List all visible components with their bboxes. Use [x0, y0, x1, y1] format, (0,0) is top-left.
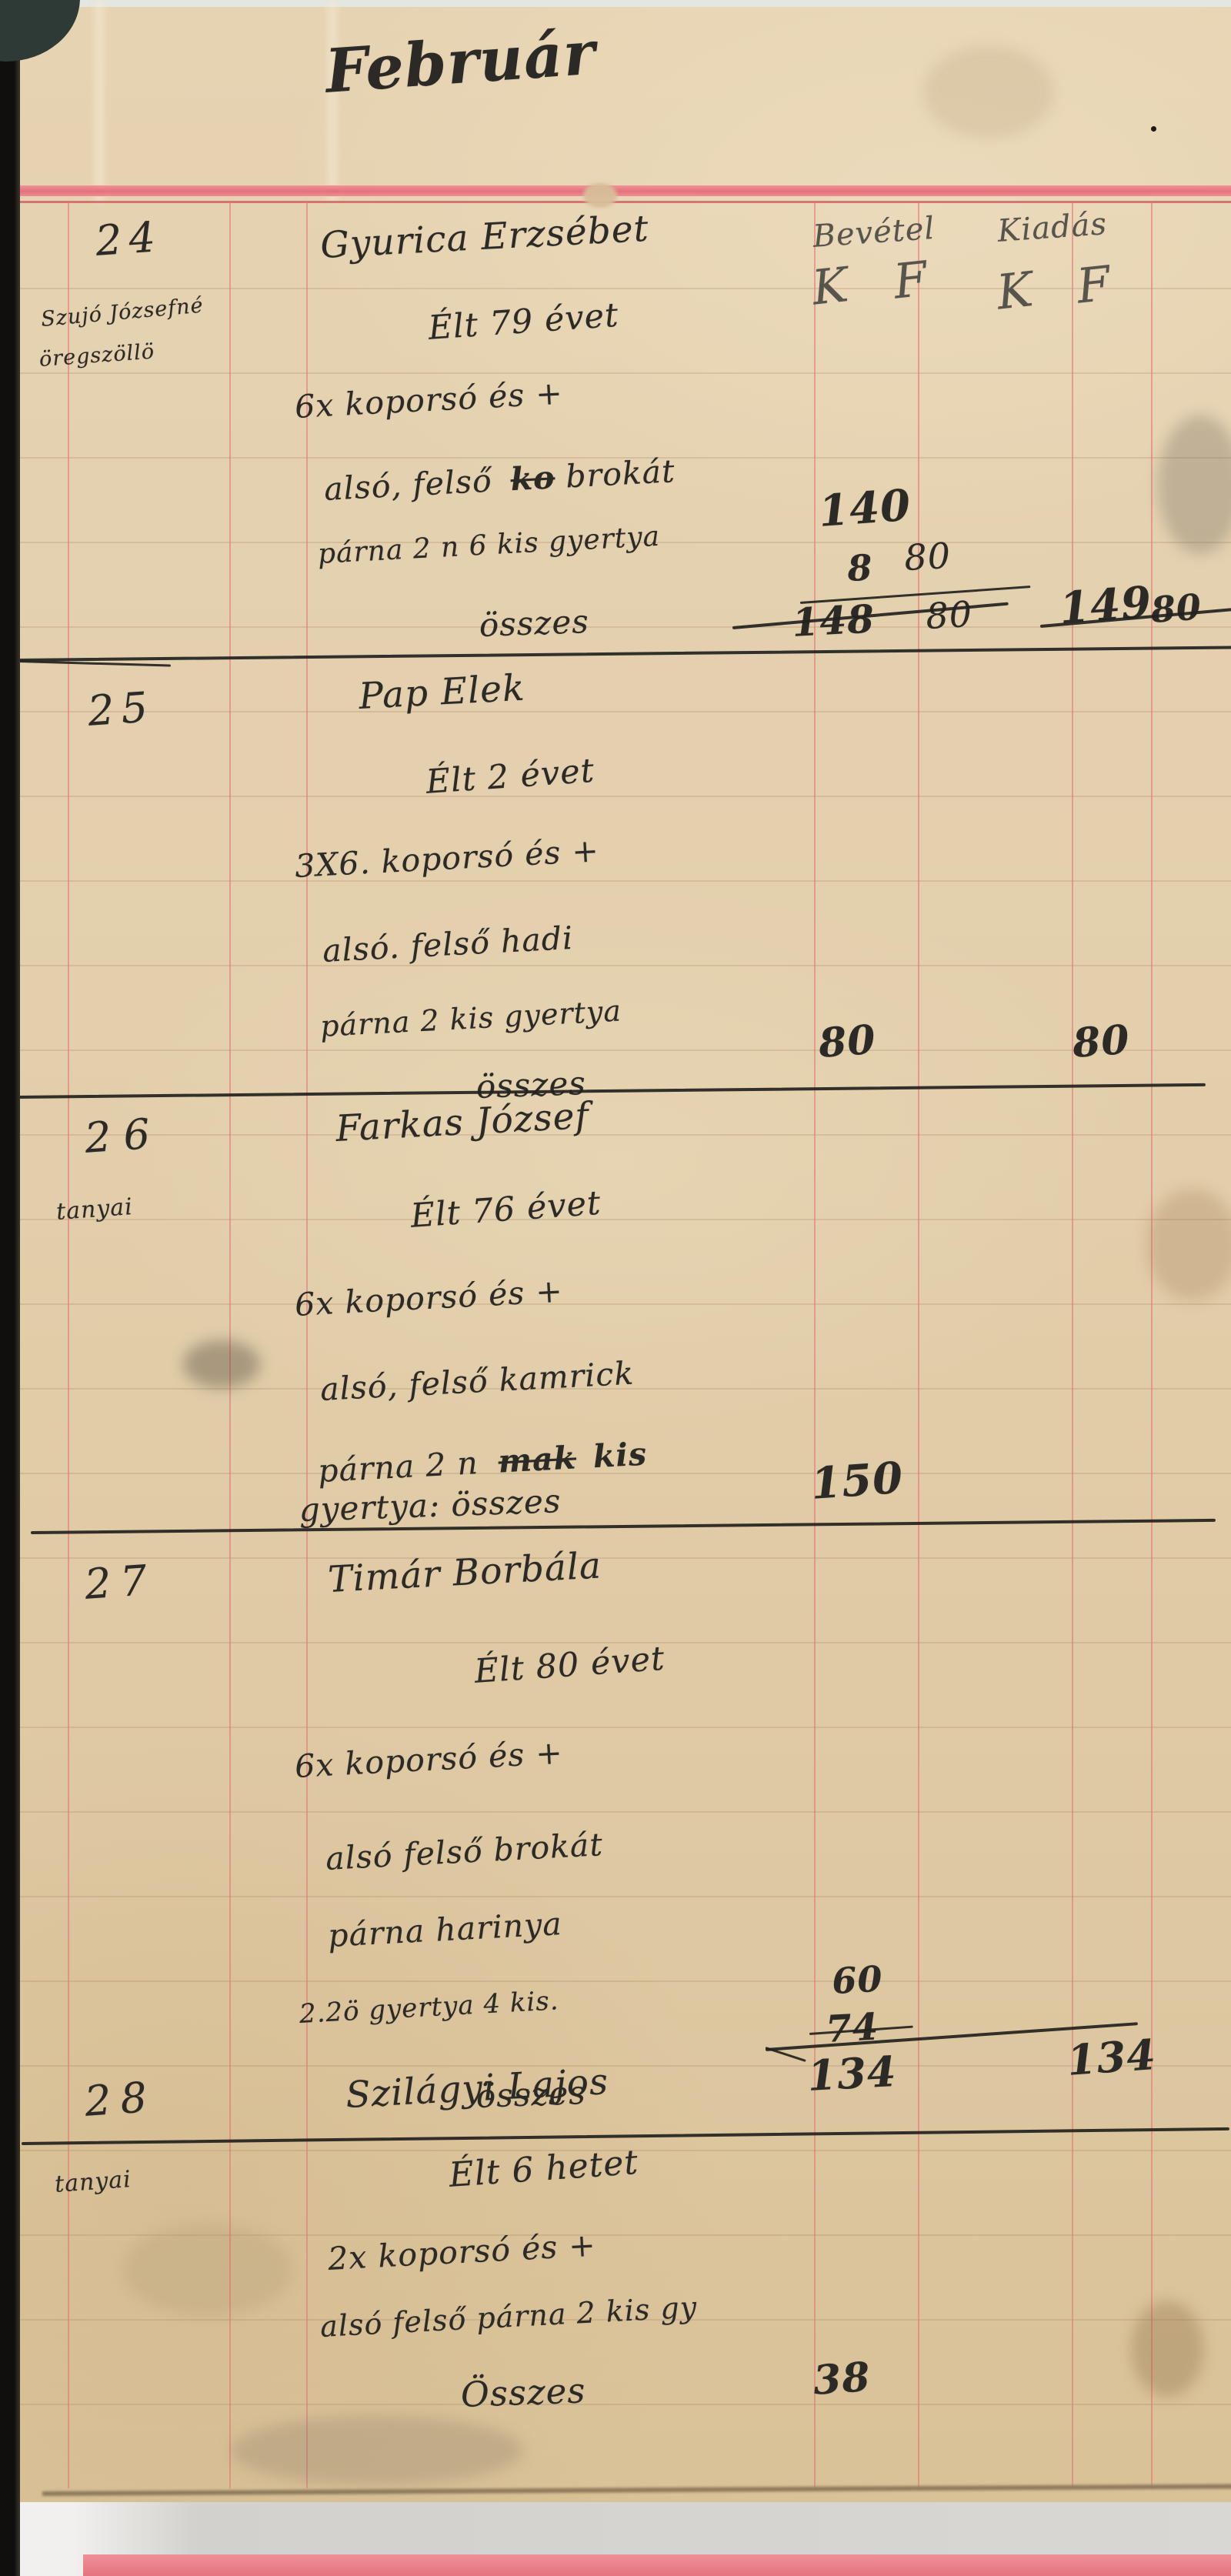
entry-27-day: 27 — [83, 1556, 158, 1609]
entry-24-day: 24 — [94, 212, 164, 265]
entry-24-total-label: összes — [479, 602, 590, 644]
entry-28-total-label: Összes — [460, 2370, 586, 2415]
entry-26-line3-post: kis — [592, 1436, 648, 1476]
entry-28-age: Élt 6 hetet — [448, 2143, 640, 2195]
column-rule-expense-k — [1072, 202, 1073, 2488]
entry-27-items-line-4: 2.2ö gyertya 4 kis. — [299, 1985, 559, 2030]
page-bottom-edge — [42, 2484, 1231, 2496]
entry-26-items-line-2: alsó, felső kamrick — [319, 1355, 635, 1408]
entry-24-items-line-3: párna 2 n 6 kis gyertya — [317, 521, 661, 570]
entry-26-items-line-1: 6x koporsó és + — [294, 1273, 564, 1323]
stain — [231, 2416, 523, 2485]
entry-25-separator-line — [17, 1083, 1206, 1099]
entry-26-separator-line — [31, 1519, 1216, 1534]
entry-24-margin-note-2: öregszöllö — [38, 340, 155, 372]
ink-dot — [1151, 126, 1156, 132]
entry-24-income-amount-2: 8 — [846, 546, 874, 589]
entry-28-items-line-2: alsó felső párna 2 kis gy — [319, 2290, 698, 2344]
red-header-rule — [0, 185, 1231, 196]
entry-24-income-total-filler: 80 — [925, 593, 973, 637]
paper-fold-line — [94, 0, 105, 202]
entry-24-name: Gyurica Erzsébet — [319, 208, 650, 267]
entry-27-expense-total: 134 — [1066, 2030, 1158, 2085]
entry-28-margin-note: tanyai — [54, 2166, 132, 2198]
entry-24-income-amount-2-filler: 80 — [903, 535, 952, 579]
entry-24-line2-pre: alsó, felső — [323, 462, 493, 508]
entry-27-age: Élt 80 évet — [473, 1640, 666, 1691]
column-header-expense-korona: K — [994, 261, 1036, 321]
entry-24-margin-note-1: Szujó Józsefné — [40, 294, 205, 332]
entry-26-income-total: 150 — [809, 1453, 905, 1510]
entry-27-items-line-2: alsó felső brokát — [325, 1826, 604, 1877]
column-header-expense: Kiadás — [996, 206, 1108, 249]
entry-24-separator-line — [17, 646, 1231, 662]
stain — [923, 46, 1054, 138]
stain — [123, 2224, 292, 2316]
entry-24-income-amount-1: 140 — [817, 480, 912, 537]
entry-26-items-line-3: párna 2 n mak kis — [317, 1436, 648, 1490]
entry-25-day: 25 — [86, 682, 156, 736]
entry-25-expense-total: 80 — [1071, 1016, 1131, 1067]
entry-25-items-line-1: 3X6. koporsó és + — [294, 832, 600, 885]
entry-27-income-total: 134 — [806, 2047, 898, 2101]
entry-25-items-line-3: párna 2 kis gyertya — [319, 993, 622, 1043]
stain — [1158, 415, 1231, 554]
entry-26-margin-note: tanyai — [55, 1193, 134, 1226]
entry-24-items-line-2: alsó, felső ko brokát — [323, 452, 676, 508]
entry-24-expense-total-filler: 80 — [1149, 586, 1203, 630]
entry-26-day: 26 — [83, 1109, 164, 1163]
next-page-red-rule — [83, 2554, 1231, 2576]
entry-27-items-line-1: 6x koporsó és + — [294, 1734, 564, 1785]
entry-24-separator-hook — [17, 660, 171, 667]
column-rule-day — [229, 202, 231, 2488]
entry-25-items-line-2: alsó. felső hadi — [322, 919, 574, 969]
entry-24-line2-post: brokát — [565, 452, 676, 495]
entry-27-name: Timár Borbála — [327, 1544, 602, 1601]
entry-26-total-label: gyertya: összes — [299, 1482, 562, 1529]
entry-28-day: 28 — [83, 2073, 158, 2126]
column-rule-expense-f — [1151, 202, 1153, 2488]
ink-smudge — [183, 1340, 260, 1388]
entry-26-age: Élt 76 évet — [409, 1184, 602, 1236]
entry-28-income-total: 38 — [812, 2354, 872, 2404]
scan-top-edge — [0, 0, 1231, 7]
column-rule-margin — [68, 202, 69, 2488]
entry-26-line3-pre: párna 2 n — [317, 1444, 479, 1490]
column-rule-income-k — [814, 202, 816, 2488]
ledger-page-scan: Február Bevétel Kiadás K F K F 24 Szujó … — [0, 0, 1231, 2576]
entry-24-line2-struck-word: ko — [509, 459, 555, 498]
red-header-rule-thin — [0, 201, 1231, 203]
entry-24-age: Élt 79 évet — [427, 296, 620, 348]
stain — [1146, 1189, 1231, 1300]
entry-27-separator-line — [22, 2127, 1229, 2145]
scan-corner-shadow — [0, 0, 80, 62]
page-title: Február — [323, 18, 598, 106]
entry-25-name: Pap Elek — [358, 667, 526, 718]
column-header-expense-filler: F — [1074, 255, 1113, 314]
entry-26-name: Farkas József — [335, 1095, 590, 1150]
entry-24-items-line-1: 6x koporsó és + — [294, 375, 564, 425]
entry-25-income-total: 80 — [817, 1016, 877, 1067]
entry-27-items-line-3: párna harinya — [327, 1905, 563, 1954]
book-binding-edge — [0, 0, 20, 2576]
entry-27-income-amount-1: 60 — [831, 1958, 884, 2002]
entry-26-line3-struck-word: mak — [497, 1439, 577, 1480]
column-rule-text — [306, 202, 308, 2488]
column-header-income-korona: K — [809, 256, 852, 316]
entry-25-age: Élt 2 évet — [425, 752, 596, 802]
stain — [1131, 2301, 1204, 2397]
entry-24-expense-total: 149 — [1058, 577, 1153, 634]
column-header-income-filler: F — [891, 250, 930, 309]
entry-28-items-line-1: 2x koporsó és + — [327, 2227, 597, 2277]
